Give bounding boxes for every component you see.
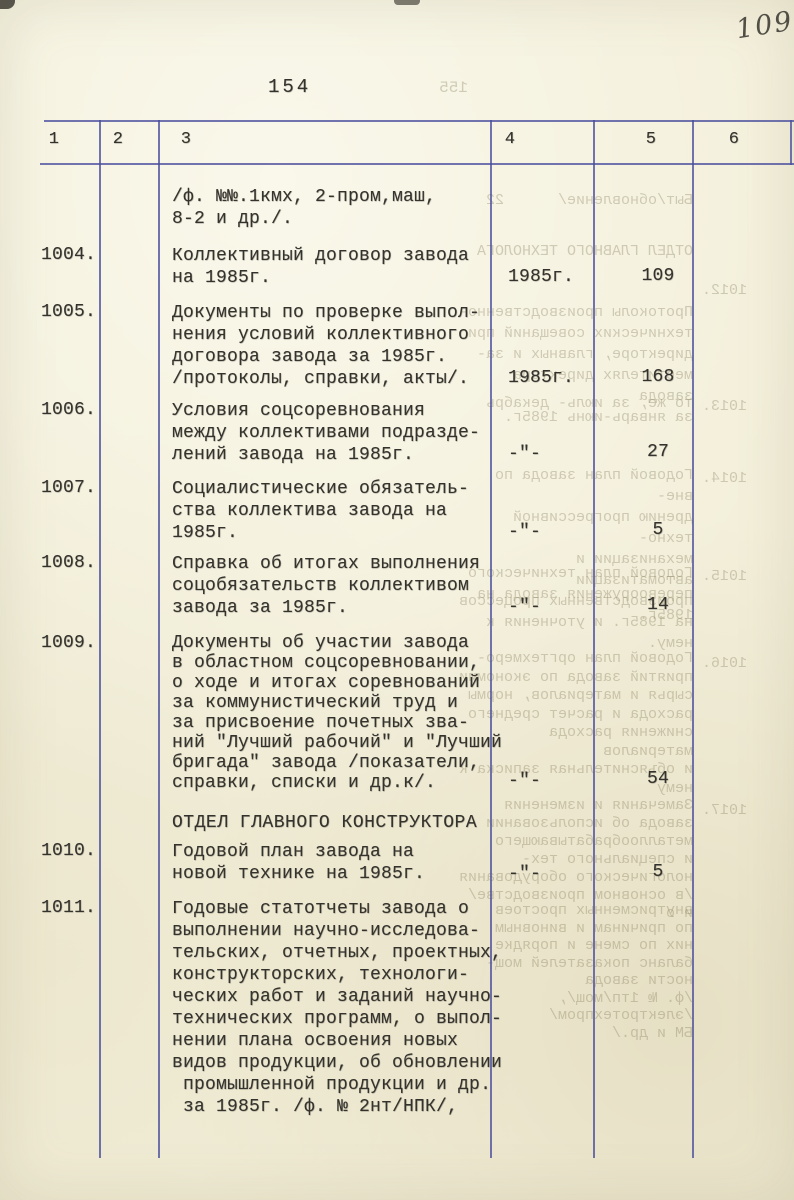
table-header-top-rule xyxy=(44,120,794,122)
entry-1007-date: -"- xyxy=(508,522,541,542)
table-column-rule-2 xyxy=(158,120,160,1158)
entry-1011-number: 1011. xyxy=(38,898,96,918)
entry-1005-text: Документы по проверке выпол- нения услов… xyxy=(172,302,514,390)
table-right-edge-rule xyxy=(790,120,792,165)
page-number: 154 xyxy=(268,76,311,98)
entry-1009-text: Документы об участии завода в областном … xyxy=(172,633,514,793)
bleedthrough-page-number: 155 xyxy=(408,78,468,99)
entry-1006-sheet-count: 27 xyxy=(612,442,704,462)
scanned-archive-page: 155 Быт/обновление/ 22 ОТДЕЛ ГЛАВНОГО ТЕ… xyxy=(0,0,794,1200)
column-header-3: 3 xyxy=(174,130,198,149)
entry-1006-text: Условия соцсоревнования между коллектива… xyxy=(172,400,514,466)
bleedthrough-entry-number: 1016. xyxy=(697,653,747,674)
entry-1005-sheet-count: 168 xyxy=(612,367,704,387)
entry-1004-number: 1004. xyxy=(38,245,96,265)
entry-1007-sheet-count: 5 xyxy=(612,520,704,540)
bleedthrough-entry-number: 1014. xyxy=(697,468,747,489)
entry-1008-number: 1008. xyxy=(38,553,96,573)
entry-1010-text: Годовой план завода на новой технике на … xyxy=(172,841,514,885)
entry-1010-date: -"- xyxy=(508,864,541,884)
section-heading: ОТДЕЛ ГЛАВНОГО КОНСТРУКТОРА xyxy=(172,813,477,833)
table-column-rule-4 xyxy=(593,120,595,1158)
entry-1010-sheet-count: 5 xyxy=(612,862,704,882)
bleedthrough-entry-number: 1012. xyxy=(697,280,747,301)
entry-1004-text: Коллективный договор завода на 1985г. xyxy=(172,245,514,289)
entry-1009-sheet-count: 54 xyxy=(612,769,704,789)
entry-1006-date: -"- xyxy=(508,444,541,464)
entry-1011-text: Годовые статотчеты завода о выполнении н… xyxy=(172,898,514,1118)
bleedthrough-entry-number: 1015. xyxy=(697,566,747,587)
column-header-4: 4 xyxy=(498,130,522,149)
bleedthrough-entry-number: 1017. xyxy=(697,800,747,821)
handwritten-page-number: 109 xyxy=(734,6,794,46)
entry-1009-date: -"- xyxy=(508,771,541,791)
entry-1008-sheet-count: 14 xyxy=(612,595,704,615)
entry-1009-number: 1009. xyxy=(38,633,96,653)
table-header-bottom-rule xyxy=(40,163,794,165)
entry-1007-text: Социалистические обязатель- ства коллект… xyxy=(172,478,514,544)
entry-1008-text: Справка об итогах выполнения соцобязател… xyxy=(172,553,514,619)
column-header-2: 2 xyxy=(106,130,130,149)
entry-1010-number: 1010. xyxy=(38,841,96,861)
entry-1008-date: -"- xyxy=(508,597,541,617)
entry-1006-number: 1006. xyxy=(38,400,96,420)
scan-edge-mark-top-center xyxy=(394,0,420,5)
entry-1007-number: 1007. xyxy=(38,478,96,498)
entry-1004-sheet-count: 109 xyxy=(612,266,704,286)
entry-continuation-text: /ф. №№.1кмх, 2-пром,маш, 8-2 и др./. xyxy=(172,186,514,230)
column-header-5: 5 xyxy=(639,130,663,149)
table-column-rule-1 xyxy=(99,120,101,1158)
entry-1005-date: 1985г. xyxy=(508,368,574,388)
bleedthrough-entry-number: 1013. xyxy=(697,396,747,417)
entry-1005-number: 1005. xyxy=(38,302,96,322)
column-header-6: 6 xyxy=(722,130,746,149)
column-header-1: 1 xyxy=(42,130,66,149)
entry-1004-date: 1985г. xyxy=(508,267,574,287)
scan-edge-mark-top-left xyxy=(0,0,15,9)
